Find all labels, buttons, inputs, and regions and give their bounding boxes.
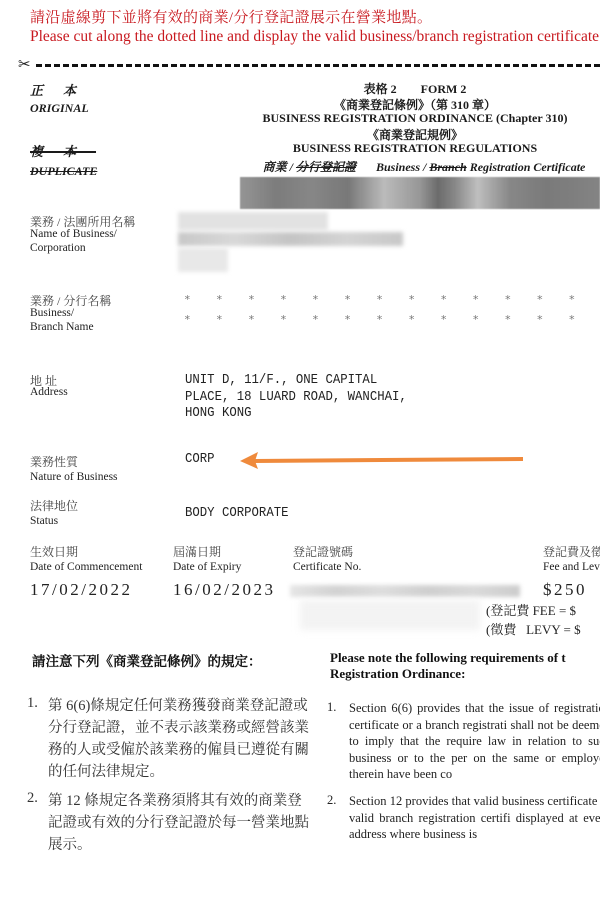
redacted-business-name-2 (178, 232, 403, 246)
nature-label-zh: 業務性質 (30, 453, 78, 470)
annotation-arrow-icon (238, 450, 528, 470)
redacted-business-name (178, 212, 328, 230)
fee-breakdown-levy: (徵費 LEVY = $ (486, 619, 581, 638)
address-line1: UNIT D, 11/F., ONE CAPITAL (185, 372, 377, 388)
fee-value: $250 (543, 580, 587, 600)
cut-instruction-en: Please cut along the dotted line and dis… (30, 28, 599, 46)
note-en-1-number: 1. (327, 700, 336, 715)
notes-title-en-1: Please note the following requirements o… (330, 650, 566, 666)
note-zh-1-number: 1. (27, 695, 38, 712)
commencement-label-en: Date of Commencement (30, 561, 142, 573)
form-number-en: FORM 2 (421, 82, 467, 96)
redacted-certificate-no (290, 585, 520, 597)
status-label-en: Status (30, 515, 58, 527)
certificate-no-label-zh: 登記證號碼 (293, 543, 353, 560)
cut-line: ✂ (18, 58, 600, 74)
cert-en-rest: Registration Certificate (467, 160, 586, 174)
regulations-en: BUSINESS REGISTRATION REGULATIONS (250, 141, 580, 156)
commencement-value: 17/02/2022 (30, 580, 132, 600)
branch-name-label-en-2: Branch Name (30, 321, 94, 333)
certificate-type: 商業 / 分行登記證 Business / Branch Registratio… (248, 158, 600, 175)
duplicate-label-zh: 複本 (30, 141, 96, 160)
cert-zh-business: 商業 (263, 160, 287, 174)
nature-value: CORP (185, 451, 215, 467)
certificate-no-label-en: Certificate No. (293, 561, 361, 573)
status-value: BODY CORPORATE (185, 505, 289, 521)
form-number: 表格 2FORM 2 (250, 80, 580, 97)
branch-name-label-en-1: Business/ (30, 307, 74, 319)
expiry-label-zh: 屆滿日期 (173, 543, 221, 560)
dashed-line (36, 64, 600, 67)
notes-title-zh: 請注意下列《商業登記條例》的規定： (32, 650, 262, 670)
redacted-header-block (240, 177, 600, 209)
original-label-en: ORIGINAL (30, 101, 89, 116)
name-of-business-label-en-2: Corporation (30, 242, 86, 254)
redacted-business-name-3 (178, 248, 228, 272)
note-zh-2: 第 12 條規定各業務須將其有效的商業登記證或有效的分行登記證於每一營業地點展示… (48, 790, 313, 856)
commencement-label-zh: 生效日期 (30, 543, 78, 560)
note-en-2-number: 2. (327, 793, 336, 808)
expiry-label-en: Date of Expiry (173, 561, 241, 573)
address-label-en: Address (30, 386, 68, 398)
address-line3: HONG KONG (185, 405, 252, 421)
branch-name-value-line1: * * * * * * * * * * * * * * * * * * * * … (184, 293, 600, 306)
name-of-business-label-en-1: Name of Business/ (30, 228, 117, 240)
scissors-icon: ✂ (18, 55, 31, 73)
fee-breakdown-fee: (登記費 FEE = $ (486, 600, 576, 619)
fee-label-en: Fee and Lev (543, 561, 600, 573)
note-en-2: Section 12 provides that valid business … (349, 793, 600, 845)
redacted-certificate-no-2 (300, 600, 480, 630)
cert-zh-sep: / (287, 160, 296, 174)
cert-en-business: Business / (376, 160, 429, 174)
status-label-zh: 法律地位 (30, 497, 78, 514)
cut-instruction-zh: 請沿虛線剪下並將有效的商業/分行登記證展示在營業地點。 (30, 6, 432, 27)
note-zh-1: 第 6(6)條規定任何業務獲發商業登記證或分行登記證，並不表示該業務或經營該業務… (48, 695, 313, 783)
cert-zh-branch: 分行登記證 (296, 160, 356, 174)
nature-label-en: Nature of Business (30, 471, 118, 483)
fee-label-zh: 登記費及徵 (543, 543, 600, 560)
original-label-zh: 正本 (30, 80, 96, 99)
duplicate-label-en: DUPLICATE (30, 164, 97, 179)
branch-name-value-line2: * * * * * * * * * * * * * * * * * * * * … (184, 313, 600, 326)
note-zh-2-number: 2. (27, 790, 38, 807)
expiry-value: 16/02/2023 (173, 580, 275, 600)
notes-title-en-2: Registration Ordinance: (330, 666, 465, 682)
form-number-zh: 表格 2 (364, 82, 397, 96)
note-en-1: Section 6(6) provides that the issue of … (349, 700, 600, 784)
ordinance-en: BUSINESS REGISTRATION ORDINANCE (Chapter… (250, 111, 580, 126)
cert-en-branch: Branch (429, 160, 466, 174)
address-line2: PLACE, 18 LUARD ROAD, WANCHAI, (185, 389, 407, 405)
